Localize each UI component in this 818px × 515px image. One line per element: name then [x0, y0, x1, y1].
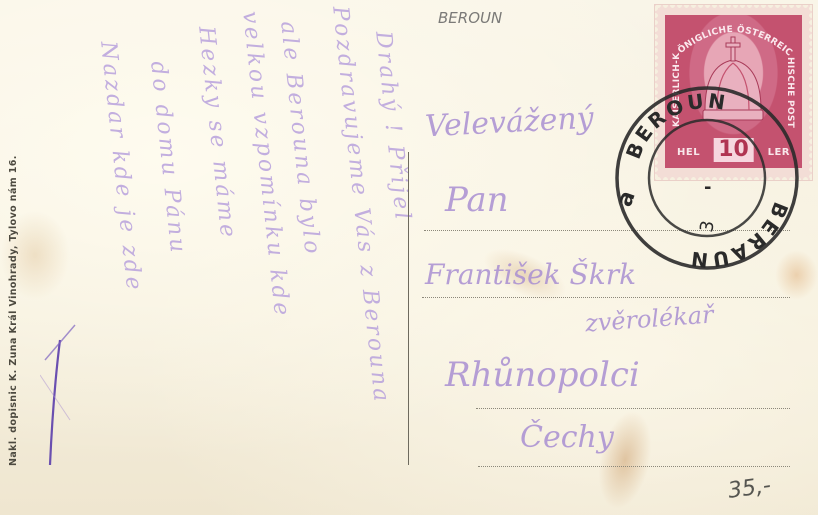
pencil-annotation: BEROUN — [438, 9, 502, 27]
address-line-text: František Škrk — [425, 258, 636, 291]
address-line-text: Rhůnopolci — [445, 355, 640, 395]
ink-stroke — [40, 320, 100, 470]
address-line — [478, 466, 790, 467]
postcard-back: Nakl. dopisnic K. Zuna Král Vinohrady, T… — [0, 0, 818, 515]
postmark-date: 3 — [696, 219, 719, 234]
address-line-text: Velevážený — [424, 101, 594, 145]
postmark-separator: - — [704, 177, 711, 198]
address-line-text: zvěrolékař — [584, 301, 714, 338]
publisher-imprint: Nakl. dopisnic K. Zuna Král Vinohrady, T… — [8, 155, 19, 466]
svg-text:BEROUN: BEROUN — [621, 89, 730, 163]
center-divider — [408, 152, 409, 465]
postmark-letter: a — [612, 188, 641, 211]
address-line — [476, 408, 790, 409]
address-line-text: Čechy — [520, 420, 614, 455]
address-line-text: Pan — [445, 180, 509, 220]
message-line: Hezky se máme — [193, 25, 240, 241]
message-line: do domu Pánu — [145, 60, 190, 256]
postmark-town-top: BEROUN — [621, 89, 730, 163]
postmark-cancel: BEROUN BERAUN a 3 - — [612, 83, 802, 273]
message-line: Nazdar kde je zde — [95, 40, 146, 294]
address-line — [422, 297, 790, 298]
price-annotation: 35,- — [726, 473, 772, 504]
